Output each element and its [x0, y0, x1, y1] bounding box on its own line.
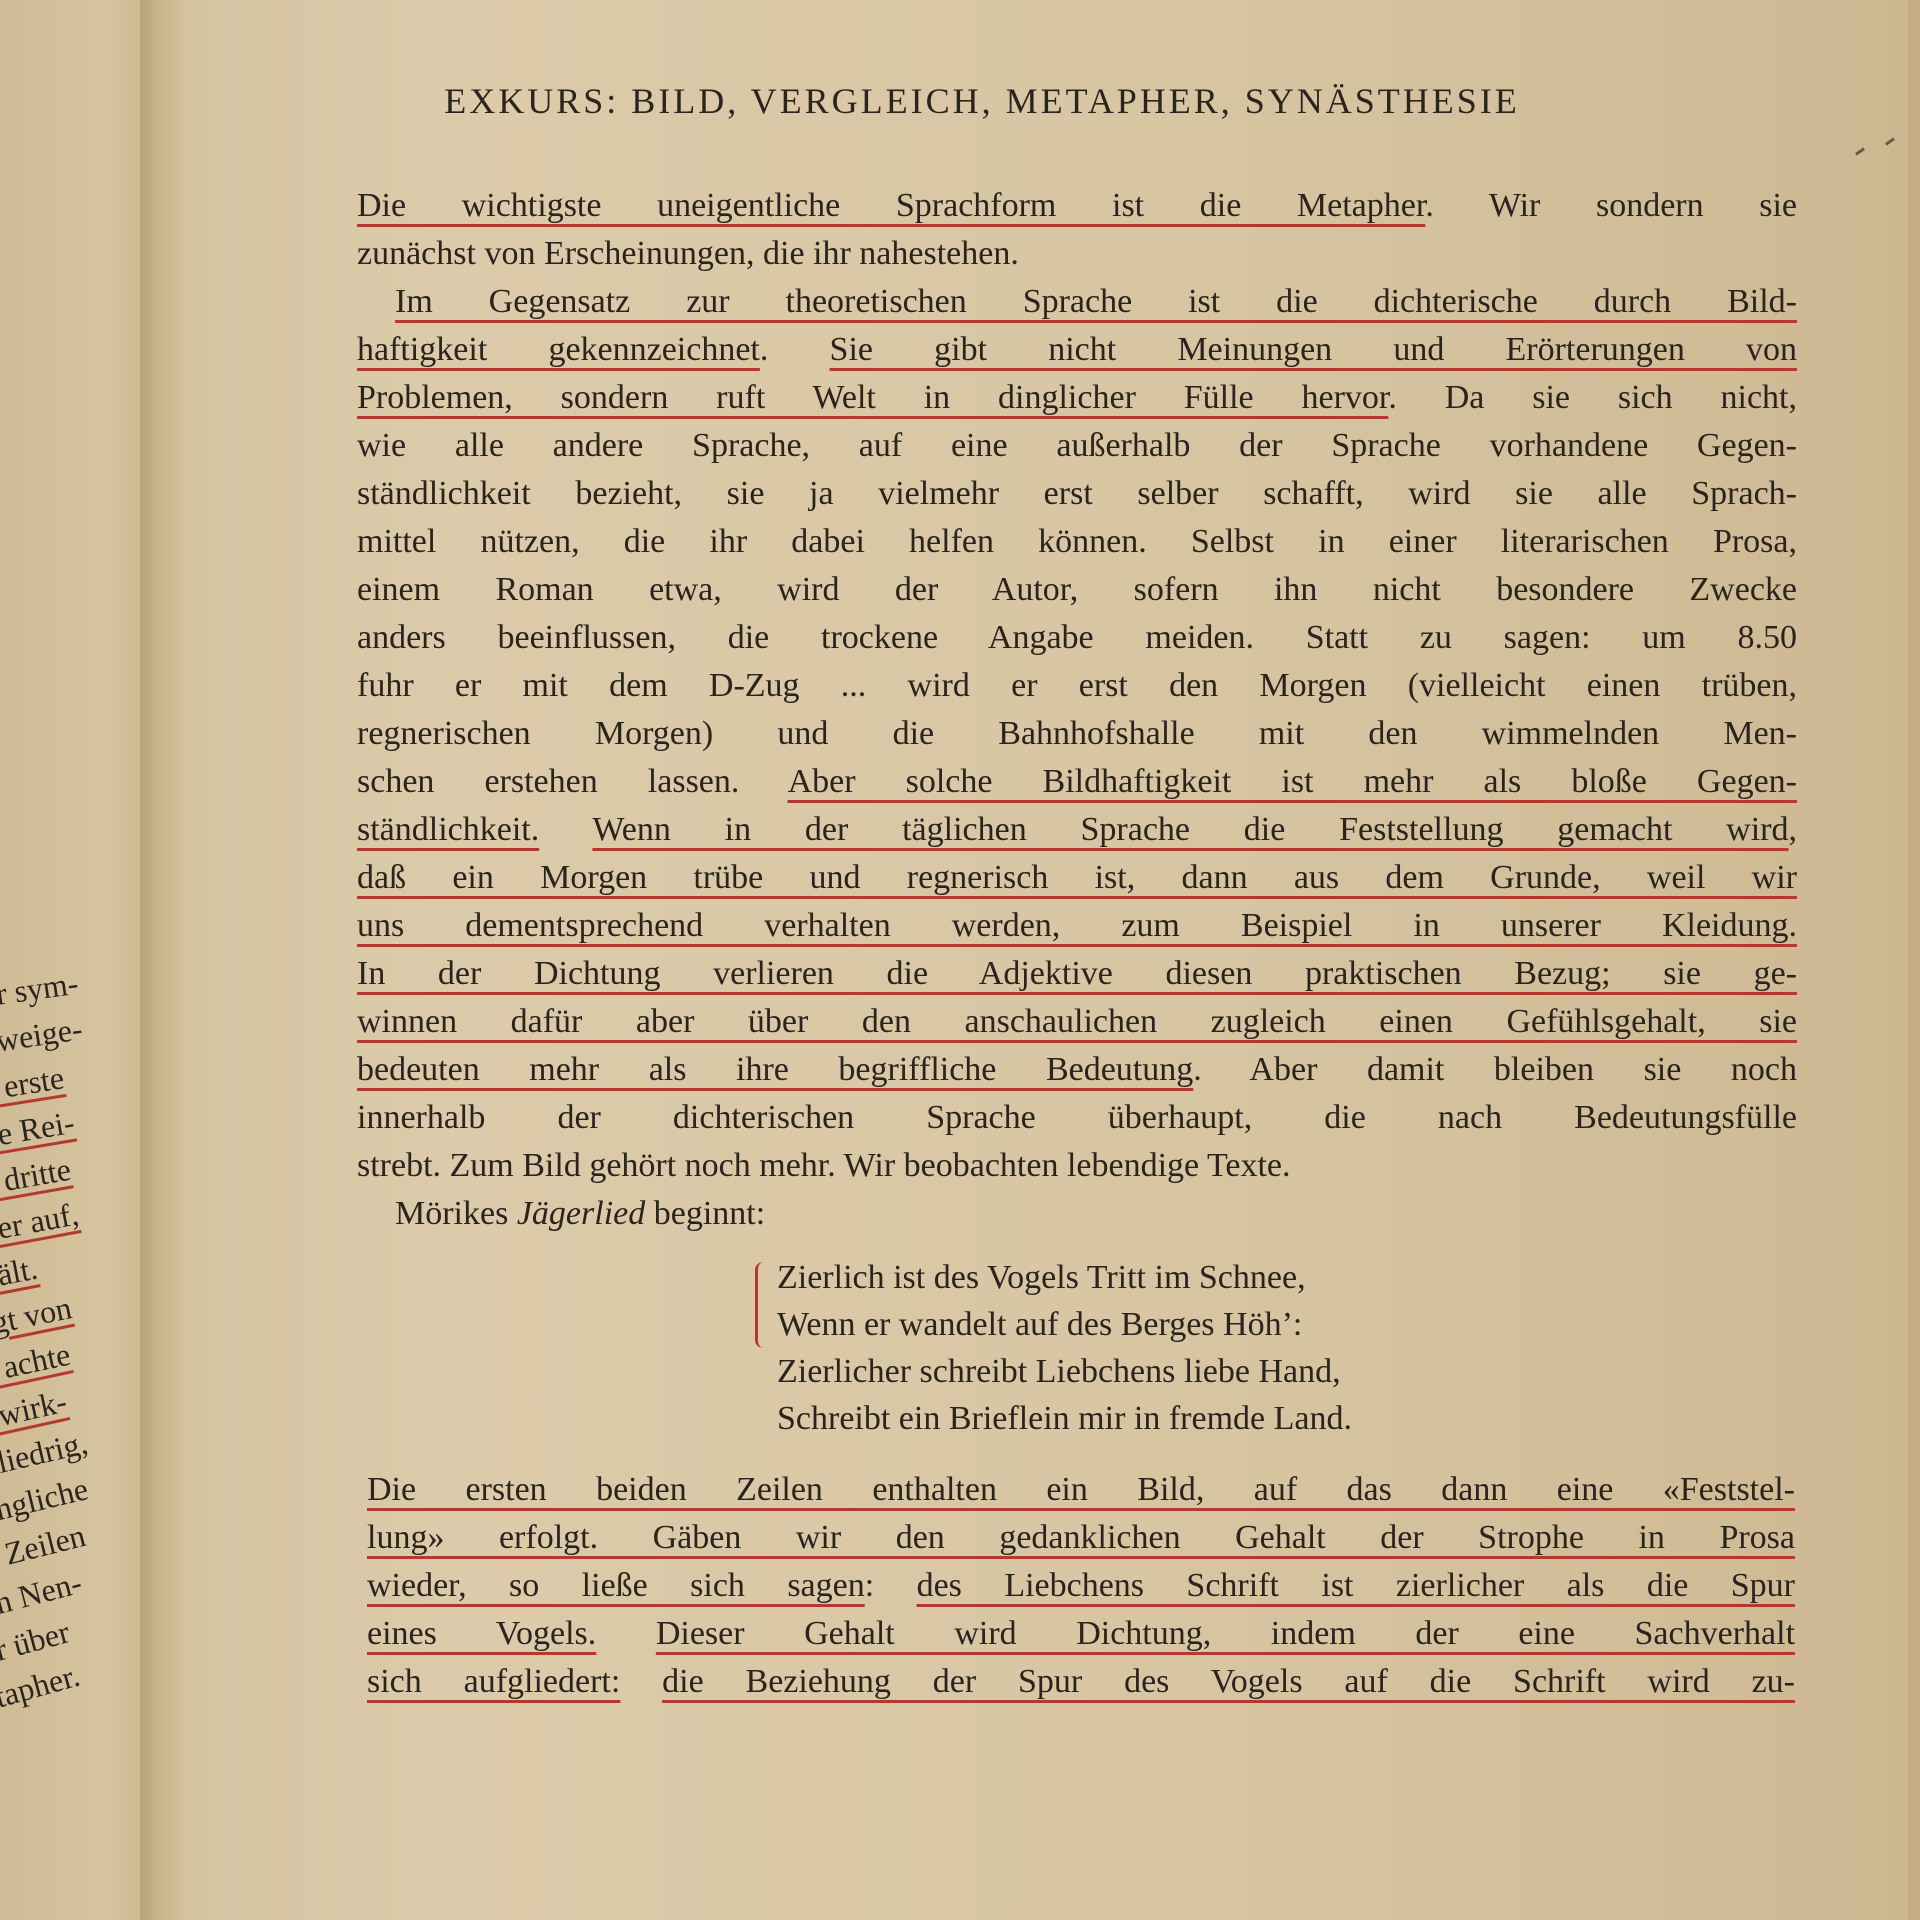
- text-segment: [539, 811, 592, 848]
- left-page-text-fragment: zweige-: [0, 1010, 85, 1062]
- left-page-text-fragment: ar sym-: [0, 965, 80, 1015]
- text-line: Problemen, sondern ruft Welt in dinglich…: [357, 374, 1797, 422]
- text-segment: schen erstehen lassen.: [357, 763, 788, 800]
- text-segment: fuhr er mit dem D-Zug ... wird er erst d…: [357, 667, 1797, 704]
- poem-verse: Zierlich ist des Vogels Tritt im Schnee,…: [777, 1254, 1352, 1442]
- intro-prefix: Mörikes: [395, 1195, 517, 1232]
- underlined-passage: lung» erfolgt. Gäben wir den gedankliche…: [367, 1519, 1795, 1556]
- underlined-passage: Dieser Gehalt wird Dichtung, indem der e…: [656, 1615, 1795, 1652]
- text-line: innerhalb der dichterischen Sprache über…: [357, 1094, 1797, 1142]
- text-line: In der Dichtung verlieren die Adjektive …: [357, 950, 1797, 998]
- paper-speck: [1855, 147, 1865, 155]
- underlined-passage: haftigkeit gekennzeichnet: [357, 331, 760, 368]
- underlined-passage: wieder, so ließe sich sagen: [367, 1567, 865, 1604]
- text-line: wieder, so ließe sich sagen: des Liebche…: [367, 1562, 1795, 1610]
- text-segment: anders beeinflussen, die trockene Angabe…: [357, 619, 1797, 656]
- text-segment: einem Roman etwa, wird der Autor, sofern…: [357, 571, 1797, 608]
- running-head: EXKURS: BILD, VERGLEICH, METAPHER, SYNÄS…: [397, 80, 1567, 122]
- text-segment: mittel nützen, die ihr dabei helfen könn…: [357, 523, 1797, 560]
- underlined-passage: die Beziehung der Spur des Vogels auf di…: [662, 1663, 1795, 1700]
- right-page: EXKURS: BILD, VERGLEICH, METAPHER, SYNÄS…: [185, 0, 1920, 1920]
- poem-intro: Mörikes Jägerlied beginnt:: [357, 1190, 1797, 1238]
- underlined-passage: Die ersten beiden Zeilen enthalten ein B…: [367, 1471, 1795, 1508]
- text-segment: ständlichkeit bezieht, sie ja vielmehr e…: [357, 475, 1797, 512]
- text-line: bedeuten mehr als ihre begriffliche Bede…: [357, 1046, 1797, 1094]
- underlined-passage: In der Dichtung verlieren die Adjektive …: [357, 955, 1797, 992]
- text-line: mittel nützen, die ihr dabei helfen könn…: [357, 518, 1797, 566]
- red-margin-bracket: [755, 1262, 768, 1348]
- text-line: sich aufgliedert: die Beziehung der Spur…: [367, 1658, 1795, 1706]
- underlined-passage: sich aufgliedert:: [367, 1663, 620, 1700]
- text-line: Im Gegensatz zur theoretischen Sprache i…: [357, 278, 1797, 326]
- underlined-passage: Die wichtigste uneigentliche Sprachform …: [357, 187, 1425, 224]
- verse-line: Wenn er wandelt auf des Berges Höh’:: [777, 1301, 1352, 1348]
- text-line: uns dementsprechend verhalten werden, zu…: [357, 902, 1797, 950]
- text-segment: strebt. Zum Bild gehört noch mehr. Wir b…: [357, 1147, 1291, 1184]
- paragraph-2: Im Gegensatz zur theoretischen Sprache i…: [357, 278, 1797, 1190]
- text-line: ständlichkeit bezieht, sie ja vielmehr e…: [357, 470, 1797, 518]
- text-segment: . Da sie sich nicht,: [1388, 379, 1797, 416]
- text-segment: regnerischen Morgen) und die Bahnhofshal…: [357, 715, 1797, 752]
- underlined-passage: ständlichkeit.: [357, 811, 539, 848]
- text-segment: . Wir sondern sie: [1425, 187, 1797, 224]
- underlined-passage: Aber solche Bildhaftigkeit ist mehr als …: [788, 763, 1797, 800]
- text-segment: [596, 1615, 656, 1652]
- text-segment: ,: [1789, 811, 1798, 848]
- intro-suffix: beginnt:: [645, 1195, 765, 1232]
- underlined-passage: des Liebchens Schrift ist zierlicher als…: [917, 1567, 1795, 1604]
- book-gutter: [140, 0, 185, 1920]
- underlined-passage: Problemen, sondern ruft Welt in dinglich…: [357, 379, 1388, 416]
- text-line: fuhr er mit dem D-Zug ... wird er erst d…: [357, 662, 1797, 710]
- text-line: ständlichkeit. Wenn in der täglichen Spr…: [357, 806, 1797, 854]
- text-line: daß ein Morgen trübe und regnerisch ist,…: [357, 854, 1797, 902]
- paper-speck: [1885, 137, 1895, 145]
- text-line: regnerischen Morgen) und die Bahnhofshal…: [357, 710, 1797, 758]
- text-segment: wie alle andere Sprache, auf eine außerh…: [357, 427, 1797, 464]
- text-line: Die wichtigste uneigentliche Sprachform …: [357, 182, 1797, 230]
- text-line: einem Roman etwa, wird der Autor, sofern…: [357, 566, 1797, 614]
- text-segment: zunächst von Erscheinungen, die ihr nahe…: [357, 235, 1019, 272]
- text-line: haftigkeit gekennzeichnet. Sie gibt nich…: [357, 326, 1797, 374]
- text-segment: . Aber damit bleiben sie noch: [1193, 1051, 1797, 1088]
- paragraph-1: Die wichtigste uneigentliche Sprachform …: [357, 182, 1797, 278]
- left-page-text-fragment: ner auf,: [0, 1196, 81, 1250]
- verse-line: Schreibt ein Brieflein mir in fremde Lan…: [777, 1395, 1352, 1442]
- text-line: schen erstehen lassen. Aber solche Bildh…: [357, 758, 1797, 806]
- text-line: Die ersten beiden Zeilen enthalten ein B…: [367, 1466, 1795, 1514]
- paragraph-3: Die ersten beiden Zeilen enthalten ein B…: [367, 1466, 1795, 1706]
- text-line: eines Vogels. Dieser Gehalt wird Dichtun…: [367, 1610, 1795, 1658]
- text-segment: .: [760, 331, 830, 368]
- underlined-passage: eines Vogels.: [367, 1615, 596, 1652]
- left-page-text-fragment: e achte: [0, 1336, 74, 1391]
- left-page-text-fragment: e erste: [0, 1059, 66, 1108]
- text-line: anders beeinflussen, die trockene Angabe…: [357, 614, 1797, 662]
- text-line: wie alle andere Sprache, auf eine außerh…: [357, 422, 1797, 470]
- underlined-passage: winnen dafür aber über den anschaulichen…: [357, 1003, 1797, 1040]
- left-page-text-fragment: en Nen-: [0, 1564, 86, 1625]
- text-segment: innerhalb der dichterischen Sprache über…: [357, 1099, 1797, 1136]
- underlined-passage: Im Gegensatz zur theoretischen Sprache i…: [395, 283, 1797, 320]
- left-page-text-fragment: e dritte: [0, 1151, 74, 1203]
- underlined-passage: Wenn in der täglichen Sprache die Festst…: [592, 811, 1788, 848]
- text-line: zunächst von Erscheinungen, die ihr nahe…: [357, 230, 1797, 278]
- body-text: Die wichtigste uneigentliche Sprachform …: [357, 182, 1797, 1238]
- left-facing-page: ar sym-zweige-e erstene Rei-e drittener …: [0, 0, 150, 1920]
- left-page-text-fragment: ne Rei-: [0, 1104, 77, 1156]
- underlined-passage: Sie gibt nicht Meinungen und Erörterunge…: [830, 331, 1797, 368]
- poem-title: Jägerlied: [517, 1195, 645, 1232]
- text-line: strebt. Zum Bild gehört noch mehr. Wir b…: [357, 1142, 1797, 1190]
- text-segment: :: [865, 1567, 917, 1604]
- text-line: lung» erfolgt. Gäben wir den gedankliche…: [367, 1514, 1795, 1562]
- underlined-passage: bedeuten mehr als ihre begriffliche Bede…: [357, 1051, 1193, 1088]
- verse-line: Zierlich ist des Vogels Tritt im Schnee,: [777, 1254, 1352, 1301]
- page-edge: [1908, 0, 1920, 1920]
- text-line: winnen dafür aber über den anschaulichen…: [357, 998, 1797, 1046]
- text-segment: [620, 1663, 662, 1700]
- underlined-passage: daß ein Morgen trübe und regnerisch ist,…: [357, 859, 1797, 896]
- left-page-text-fragment: etapher.: [0, 1657, 84, 1719]
- left-page-text-fragment: hält.: [0, 1250, 40, 1297]
- underlined-passage: uns dementsprechend verhalten werden, zu…: [357, 907, 1797, 944]
- verse-line: Zierlicher schreibt Liebchens liebe Hand…: [777, 1348, 1352, 1395]
